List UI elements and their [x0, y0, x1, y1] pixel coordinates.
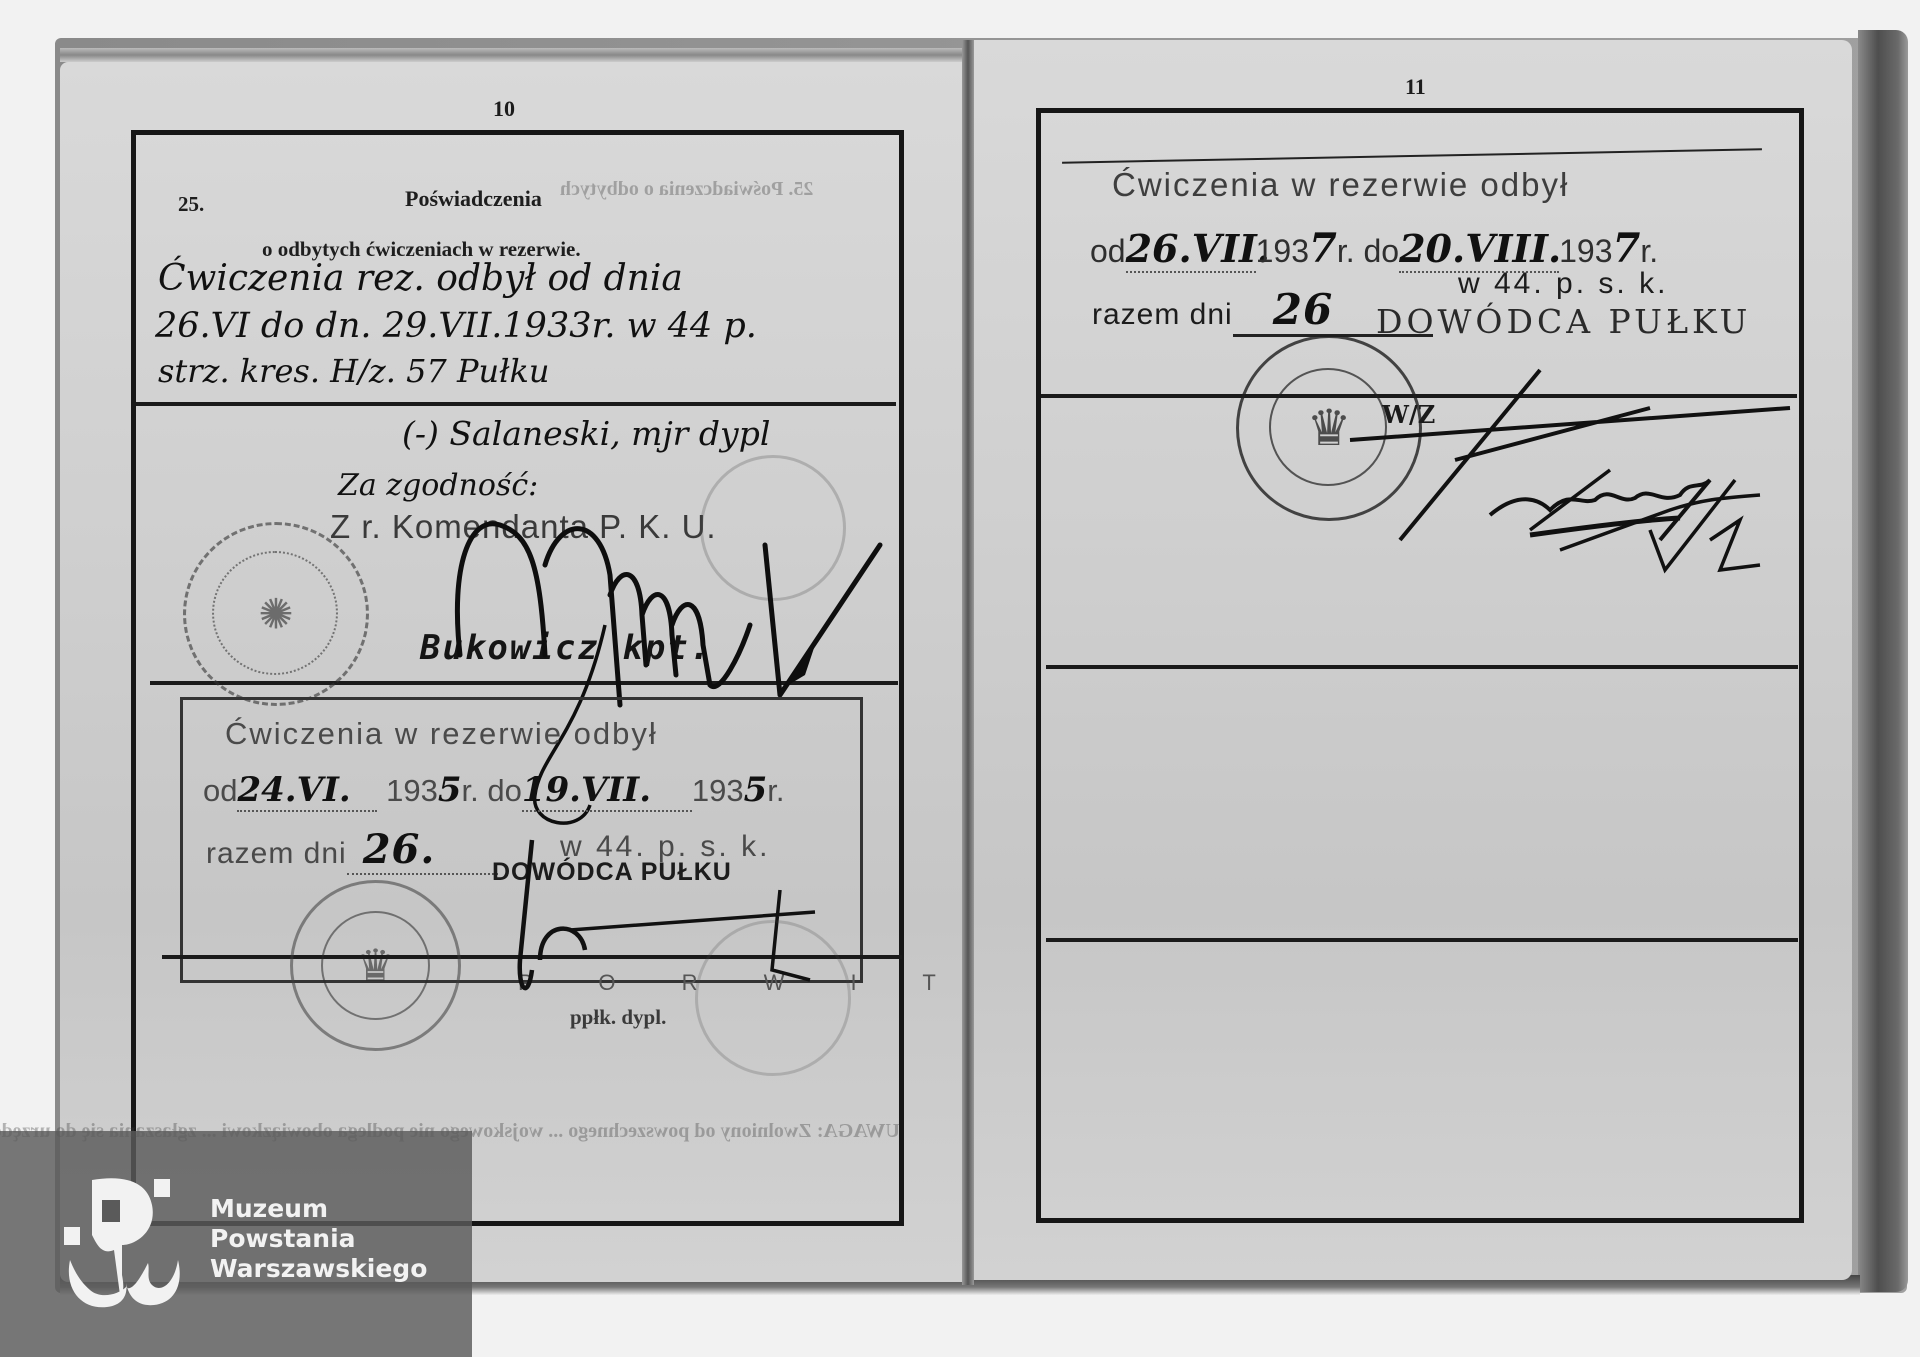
watermark-line-1: Muzeum — [210, 1194, 328, 1224]
total-label: razem dni — [1092, 298, 1233, 331]
faint-stamp-ghost — [700, 455, 846, 601]
watermark-line-3: Warszawskiego — [210, 1254, 427, 1284]
to-label: do — [1364, 233, 1400, 269]
to-year-digit: 7 — [1612, 225, 1640, 272]
year-prefix: 193 — [1256, 233, 1309, 269]
regiment-stamp-1935: ♛ — [290, 880, 461, 1051]
year-prefix-2: 193 — [1559, 233, 1612, 269]
commandant-name: Bukowicz kpt. — [420, 628, 712, 668]
watermark-line-2: Powstania — [210, 1224, 356, 1254]
from-date: 26.VII. — [1126, 226, 1256, 273]
left-page-top-edge — [60, 48, 965, 62]
handwritten-line-3: strz. kres. H/z. 57 Pułku — [158, 352, 549, 390]
year-suffix: r. — [1337, 233, 1355, 269]
stamp-1935-commander-rank: ppłk. dypl. — [570, 1005, 666, 1030]
stamp-1935-commander-label: DOWÓDCA PUŁKU — [492, 858, 732, 887]
right-divider-1 — [1041, 394, 1797, 398]
year-suffix-2: r. — [767, 773, 784, 808]
to-date: 20.VIII. — [1399, 226, 1559, 273]
year-prefix-2: 193 — [692, 773, 744, 808]
booklet-right-edge — [1858, 30, 1908, 1292]
total-days: 26. — [347, 826, 498, 875]
regiment-stamp-1937: ♛ — [1236, 335, 1422, 521]
to-date: 19.VII. — [522, 770, 692, 812]
handwritten-line-1: Ćwiczenia rez. odbył od dnia — [158, 258, 683, 299]
section-number: 25. — [178, 192, 204, 217]
from-year-digit: 5 — [438, 770, 462, 810]
to-label: do — [487, 773, 521, 808]
from-label: od — [1090, 233, 1126, 269]
kotwica-anchor-logo-icon — [62, 1175, 192, 1315]
year-suffix: r. — [462, 773, 479, 808]
faint-stamp-ghost-2 — [695, 920, 851, 1076]
year-suffix-2: r. — [1640, 233, 1658, 269]
from-label: od — [203, 773, 237, 808]
handwritten-line-2: 26.VI do dn. 29.VII.1933r. w 44 p. — [155, 306, 757, 346]
right-divider-2 — [1046, 665, 1798, 669]
stamp-1937-heading: Ćwiczenia w rezerwie odbył — [1112, 166, 1569, 204]
page-number-left: 10 — [493, 96, 515, 122]
stamp-1937-commander-label: DOWÓDCA PUŁKU — [1376, 302, 1751, 341]
stamp-1935-heading: Ćwiczenia w rezerwie odbył — [225, 716, 658, 752]
total-label: razem dni — [206, 837, 347, 870]
year-prefix: 193 — [386, 773, 438, 808]
stamp-1935-from-row: od24.VI. 1935r. do19.VII.1935r. — [203, 770, 785, 812]
handwritten-signature-salaneski: (-) Salaneski, mjr dypl — [402, 414, 770, 453]
to-year-digit: 5 — [744, 770, 768, 810]
from-date: 24.VI. — [237, 770, 377, 812]
from-year-digit: 7 — [1309, 225, 1337, 272]
pku-stamp: ✺ — [183, 522, 369, 706]
right-divider-3 — [1046, 938, 1798, 942]
section-title: Poświadczenia — [405, 186, 542, 212]
stamp-1937-unit: w 44. p. s. k. — [1458, 267, 1668, 301]
typed-commandant-line: Z r. Komendanta P. K. U. — [330, 508, 717, 546]
stamp-1937-from-row: od26.VII.1937r. do20.VIII.1937r. — [1090, 225, 1658, 273]
left-divider-1 — [136, 402, 896, 406]
handwritten-certification: Za zgodność: — [338, 468, 538, 503]
page-number-right: 11 — [1405, 74, 1426, 100]
stamp-1935-total-row: razem dni26. — [206, 826, 498, 875]
booklet-spine — [962, 40, 974, 1285]
